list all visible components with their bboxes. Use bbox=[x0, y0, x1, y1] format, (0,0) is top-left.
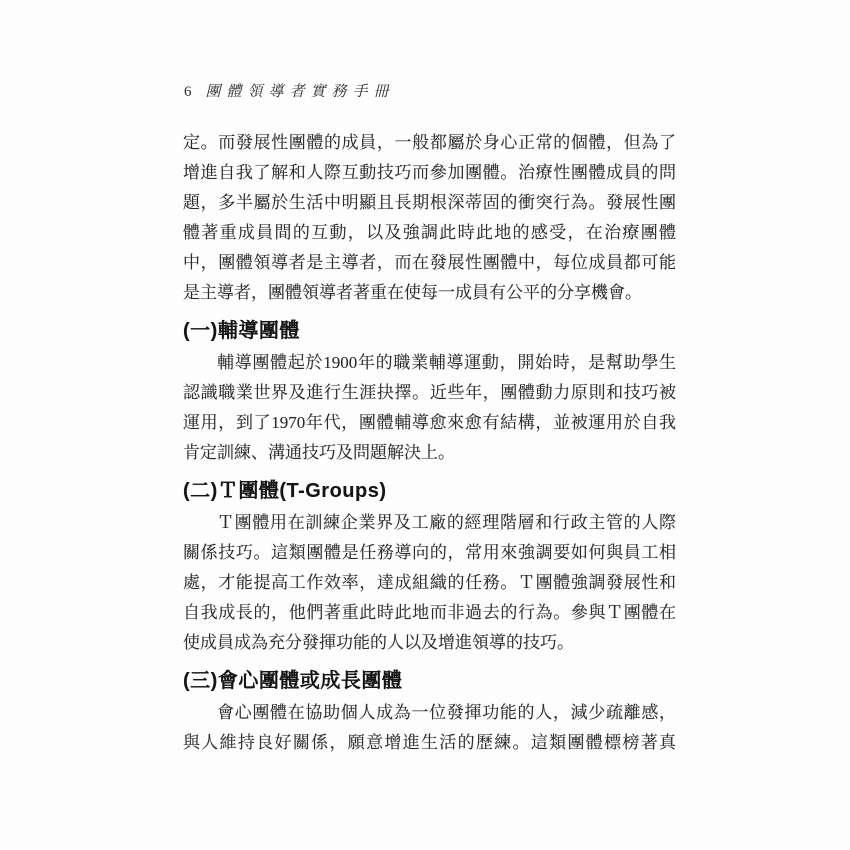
section-heading-guidance-groups: (一)輔導團體 bbox=[183, 316, 676, 346]
book-page: 6團體領導者實務手冊 定。而發展性團體的成員，一般都屬於身心正常的個體，但為了 … bbox=[0, 0, 850, 850]
text-line: 與人維持良好關係，願意增進生活的歷練。這類團體標榜著真 bbox=[183, 728, 676, 758]
text-line: 增進自我了解和人際互動技巧而參加團體。治療性團體成員的問 bbox=[183, 158, 676, 188]
text-line: 認識職業世界及進行生涯抉擇。近些年，團體動力原則和技巧被 bbox=[183, 378, 676, 408]
section-heading-encounter-groups: (三)會心團體或成長團體 bbox=[183, 666, 676, 696]
text-line: 肯定訓練、溝通技巧及問題解決上。 bbox=[183, 438, 676, 468]
text-line: 關係技巧。這類團體是任務導向的，常用來強調要如何與員工相 bbox=[183, 538, 676, 568]
text-line: 處，才能提高工作效率，達成組織的任務。Ｔ團體強調發展性和 bbox=[183, 568, 676, 598]
text-line: 運用，到了1970年代，團體輔導愈來愈有結構，並被運用於自我 bbox=[183, 408, 676, 438]
paragraph-encounter-groups: 會心團體在協助個人成為一位發揮功能的人，減少疏離感， 與人維持良好關係，願意增進… bbox=[183, 698, 676, 758]
paragraph-continuation: 定。而發展性團體的成員，一般都屬於身心正常的個體，但為了 增進自我了解和人際互動… bbox=[183, 128, 676, 308]
page-body: 定。而發展性團體的成員，一般都屬於身心正常的個體，但為了 增進自我了解和人際互動… bbox=[183, 128, 676, 758]
page-number: 6 bbox=[184, 82, 192, 102]
paragraph-t-groups: Ｔ團體用在訓練企業界及工廠的經理階層和行政主管的人際 關係技巧。這類團體是任務導… bbox=[183, 508, 676, 658]
text-line: 定。而發展性團體的成員，一般都屬於身心正常的個體，但為了 bbox=[183, 128, 676, 158]
text-line: 會心團體在協助個人成為一位發揮功能的人，減少疏離感， bbox=[183, 698, 676, 728]
text-line: Ｔ團體用在訓練企業界及工廠的經理階層和行政主管的人際 bbox=[183, 508, 676, 538]
text-line: 體著重成員間的互動，以及強調此時此地的感受，在治療團體 bbox=[183, 218, 676, 248]
text-line: 使成員成為充分發揮功能的人以及增進領導的技巧。 bbox=[183, 628, 676, 658]
text-line: 自我成長的，他們著重此時此地而非過去的行為。參與Ｔ團體在 bbox=[183, 598, 676, 628]
text-line: 中，團體領導者是主導者，而在發展性團體中，每位成員都可能 bbox=[183, 248, 676, 278]
text-line: 輔導團體起於1900年的職業輔導運動，開始時，是幫助學生 bbox=[183, 348, 676, 378]
running-header: 6團體領導者實務手冊 bbox=[184, 82, 395, 102]
section-heading-t-groups: (二)Ｔ團體(T-Groups) bbox=[183, 476, 676, 506]
text-line: 是主導者，團體領導者著重在使每一成員有公平的分享機會。 bbox=[183, 278, 676, 308]
text-line: 題，多半屬於生活中明顯且長期根深蒂固的衝突行為。發展性團 bbox=[183, 188, 676, 218]
book-title: 團體領導者實務手冊 bbox=[206, 84, 395, 100]
paragraph-guidance-groups: 輔導團體起於1900年的職業輔導運動，開始時，是幫助學生 認識職業世界及進行生涯… bbox=[183, 348, 676, 468]
